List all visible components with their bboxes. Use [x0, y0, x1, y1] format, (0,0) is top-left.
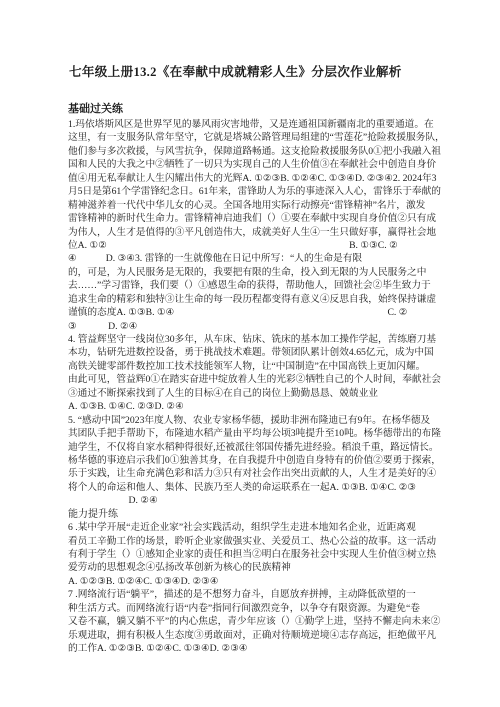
section-basic-practice-lines: 1.玛依塔斯风区是世界罕见的暴风雨灾害地带，又是连通祖国新疆南北的重要通道。在这…	[68, 118, 444, 508]
text-line: 爱劳动的思想观念④弘扬改革创新为核心的民族精神	[68, 561, 444, 574]
text-line: 4. 管益辉坚守一线岗位30多年，从车床、钻床、铣床的基本加工操作学起，苦练磨刀…	[68, 333, 444, 346]
text-line: 迪学生，不仅将自家水稻种得很好,还被派往邻国传播先进经验。稻浪千重，路远情长。	[68, 441, 444, 454]
text-line: 的，可是，为人民服务是无限的，我要把有限的生命，投入到无限的为人民服务之中	[68, 266, 444, 279]
text-line: 去……”学习雷锋，我们要（）①感恩生命的获得，帮助他人，回馈社会②毕生致力于	[68, 279, 444, 292]
text-line: A. ①②③B. ①②④C. ①③④D. ②③④	[68, 575, 444, 588]
text-line: 位A. ①② B. ①③C. ②	[68, 239, 444, 252]
text-line: ④ D. ③④3. 雷锋的一生就像他在日记中所写：“人的生命是有限	[68, 252, 444, 265]
page-title: 七年级上册13.2《在奉献中成就精彩人生》分层次作业解析	[69, 61, 402, 80]
document-body: 基础过关练 1.玛依塔斯风区是世界罕见的暴风雨灾害地带，又是连通祖国新疆南北的重…	[68, 101, 444, 656]
text-line: 谨慎的态度A. ①③B. ①④ C. ②	[68, 306, 444, 319]
text-line: 种生活方式。而网络流行语“内卷”指同行间激烈竞争，以争夺有限资源。为避免“卷	[68, 602, 444, 615]
text-line: 有利于学生（）①感知企业家的责任和担当②明白在服务社会中实现人生价值③树立热	[68, 548, 444, 561]
text-line: 7 .网络流行语“躺平”，描述的是不想努力奋斗，自愿放弃拼搏，主动降低欲望的一	[68, 588, 444, 601]
section-ability-practice-lines: 6 .某中学开展“走近企业家”社会实践活动，组织学生走进本地知名企业，近距离观看…	[68, 521, 444, 655]
text-line: 值④用无私奉献让人生闪耀出伟大的光辉A. ①②③B. ①②④C. ①③④D. ②…	[68, 172, 444, 185]
text-line: 又卷不赢，躺又躺不平”的内心焦虑，青少年应该（）①勤学上进，坚持不懈走向未来②	[68, 615, 444, 628]
text-line: 雷锋精神的新时代生命力。雷锋精神启迪我们（）①要在奉献中实现自身价值②只有成	[68, 212, 444, 225]
text-line: 1.玛依塔斯风区是世界罕见的暴风雨灾害地带，又是连通祖国新疆南北的重要通道。在	[68, 118, 444, 131]
text-line: 由此可见，管益辉0①在踏实奋进中绽放着人生的光彩②牺牲自己的个人时间，奉献社会	[68, 373, 444, 386]
document-page: 七年级上册13.2《在奉献中成就精彩人生》分层次作业解析 基础过关练 1.玛依塔…	[0, 0, 500, 707]
text-line: 这里，有一支服务队常年坚守，它就是塔城公路管理局组建的“雪莲花”抢险救援服务队，	[68, 131, 444, 144]
text-line: ③ D. ②④	[68, 320, 444, 333]
text-line: 为伟人，人生才是值得的③平凡创造伟大，成就美好人生④一生只做好事，赢得社会地	[68, 226, 444, 239]
text-line: 乐观进取，拥有积极人生态度③勇敢面对，正确对待顺境逆境④志存高远，拒绝做平凡	[68, 629, 444, 642]
text-line: ③通过不断探索找到了人生的目标④在自己的岗位上勤勤恳恳、兢兢业业	[68, 387, 444, 400]
text-line: D. ②④	[68, 494, 444, 507]
text-line: 精神滋养着一代代中华儿女的心灵。全国各地用实际行动擦亮“雷锋精神”名片，激发	[68, 199, 444, 212]
text-line: 的工作A. ①②③B. ①②④C. ①③④D. ②③④	[68, 642, 444, 655]
section-heading-ability-practice: 能力提升练	[68, 508, 444, 521]
text-line: 本功，钻研先进数控设备，勇于挑战技术难题。带领团队累计创效4.65亿元，成为中国	[68, 346, 444, 359]
text-line: 国和人民的大我之中②牺牲了一切只为实现自己的人生价值③在奉献社会中创造自身价	[68, 158, 444, 171]
section-heading-basic-practice: 基础过关练	[68, 101, 444, 118]
text-line: 5. “感动中国”2023年度人物、农业专家杨华德，援助非洲布隆迪已有9年。在杨…	[68, 414, 444, 427]
text-line: 高铁关键零部件数控加工技术技能领军人物，让“中国制造”在中国高铁上更加闪耀。	[68, 360, 444, 373]
text-line: 其团队手把手帮助下，布隆迪水稻产量由平均每公顷3吨提升至10吨。杨华德带出的布隆	[68, 427, 444, 440]
text-line: 追求生命的精彩和独特③让生命的每一段历程都变得有意义④反思自我，始终保持谦虚	[68, 293, 444, 306]
text-line: 他们参与多次救援，与风雪抗争，保障道路畅通。这支抢险救援服务队0①把小我融入祖	[68, 145, 444, 158]
text-line: 6 .某中学开展“走近企业家”社会实践活动，组织学生走进本地知名企业，近距离观	[68, 521, 444, 534]
text-line: 乐于实践，让生命充满色彩和活力③只有对社会作出突出贡献的人，人生才是美好的④	[68, 467, 444, 480]
text-line: 看员工辛勤工作的场景，聆听企业家做强实业、关爱员工、热心公益的故事。这一活动	[68, 535, 444, 548]
text-line: 杨华德的事迹启示我们0①独善其身，在自我提升中创造自身特有的价值②要勇于探索，	[68, 454, 444, 467]
text-line: A. ①③B. ①④C. ②③D. ②④	[68, 400, 444, 413]
text-line: 将个人的命运和他人、集体、民族乃至人类的命运联系在一起A. ①③B. ①④C. …	[68, 481, 444, 494]
text-line: 月5日是第61个学雷锋纪念日。61年来，雷锋助人为乐的事迹深入人心，雷锋乐于奉献…	[68, 185, 444, 198]
